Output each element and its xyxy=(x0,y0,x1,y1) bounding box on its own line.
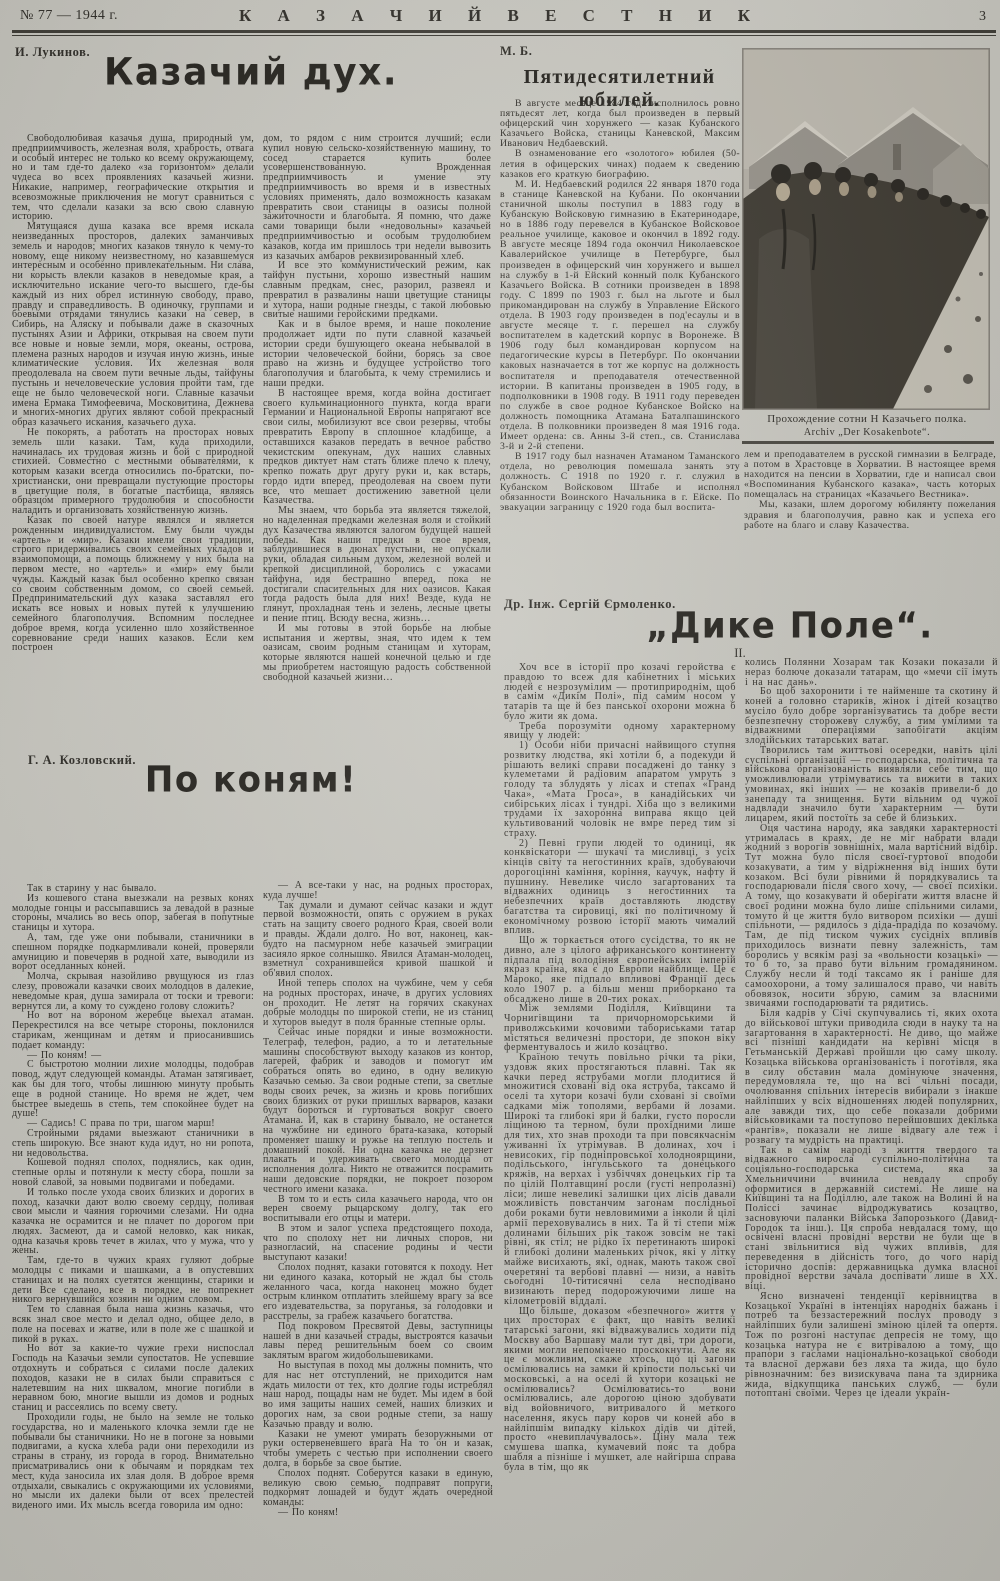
article-po-konyam-column-1: Так в старину у нас бывало.Из кошевого с… xyxy=(12,884,254,1578)
paragraph: В 1917 году был назначен Атаманом Таманс… xyxy=(500,452,740,513)
paragraph: В ознаменование его «золотого» юбилея (5… xyxy=(500,149,740,179)
paragraph: Хоч все в історії про козачі геройства є… xyxy=(504,663,736,722)
article-po-konyam-column-2: — А все-таки у нас, на родных просторах,… xyxy=(263,881,493,1579)
paragraph: Що ж торкається отого сусідства, то як н… xyxy=(504,936,736,1004)
paragraph: Мы знаем, что борьба эта является тяжело… xyxy=(263,506,491,624)
paragraph: Треба порозуміти одному характерному яви… xyxy=(504,722,736,742)
paragraph: Сполох поднят, казаки готовятся к походу… xyxy=(263,1263,493,1322)
article-po-konyam-headline: По коням! xyxy=(12,759,490,801)
paragraph: Тем то славная была наша жизнь казачья, … xyxy=(12,1305,254,1344)
article-dike-pole-column-2: колись Полянни Хозарам так Козаки показа… xyxy=(745,658,998,1576)
paragraph: 1) Особи ніби причасні найвищого ступня … xyxy=(504,741,736,839)
paragraph: Творились там життьові осередки, навіть … xyxy=(745,746,998,824)
paragraph: — По коням! xyxy=(263,1508,493,1518)
paragraph: Свободолюбивая казачья душа, природный у… xyxy=(12,134,254,222)
paragraph: 2) Певні групи людей то одиниці, як конк… xyxy=(504,839,736,937)
paragraph: Стройными рядами выезжают станичники в с… xyxy=(12,1129,254,1158)
photo-divider-rule xyxy=(742,441,994,444)
paragraph: Молча, скрывая назойливо рвущуюся из гла… xyxy=(12,972,254,1011)
paragraph: Но вот за какие-то чужие грехи ниспослал… xyxy=(12,1344,254,1413)
paragraph: Как и в былое время, и наше поколение пр… xyxy=(263,320,491,389)
paragraph: Ясно визначені тенденції керівництва в К… xyxy=(745,1292,998,1399)
masthead-newspaper-title: К А З А Ч И Й В Е С Т Н И К xyxy=(0,6,1000,26)
masthead-page-number: 3 xyxy=(979,9,986,25)
paragraph: Так думали и думают сейчас казаки и ждут… xyxy=(263,901,493,979)
paragraph: Из кошевого стана выезжали на резвых кон… xyxy=(12,894,254,933)
paragraph: Иной теперь сполох на чужбине, чем у себ… xyxy=(263,979,493,1028)
paragraph: Сейчас иные порядки и иные возможности. … xyxy=(263,1028,493,1195)
paragraph: Мы, казаки, шлем дорогому юбилянту пожел… xyxy=(744,500,996,530)
paragraph: Біля кадрів у Січі скупчувались ті, яких… xyxy=(745,1009,998,1146)
paragraph: Но вот на вороном жеребце выехал атаман.… xyxy=(12,1011,254,1050)
photo-cossack-column-march xyxy=(742,48,990,410)
article-kazachiy-dukh-column-1: Свободолюбивая казачья душа, природный у… xyxy=(12,134,254,746)
paragraph: Под покровом Пресвятой Девы, заступницы … xyxy=(263,1322,493,1361)
paragraph: — А все-таки у нас, на родных просторах,… xyxy=(263,881,493,901)
article-yubiley-column: В августе месяце 1944 года исполнилось р… xyxy=(500,99,740,589)
article-yubiley-byline: М. Б. xyxy=(500,44,532,59)
paragraph: Між землями Поділля, Київщини та Чорнигі… xyxy=(504,1004,736,1053)
paragraph: Там, где-то в чужих краях гуляют добрые … xyxy=(12,1256,254,1305)
paragraph: Оця частина народу, яка завдяки характер… xyxy=(745,824,998,1009)
paragraph: Проходили годы, не было на земле не толь… xyxy=(12,1413,254,1511)
paragraph: Що більше, доказом «безпечного» життя у … xyxy=(504,1307,736,1473)
paragraph: Сполох поднят. Соберутся казаки в единую… xyxy=(263,1469,493,1508)
paragraph: дом, то рядом с ним строится лучший; есл… xyxy=(263,134,491,261)
paragraph: В августе месяце 1944 года исполнилось р… xyxy=(500,99,740,149)
article-kazachiy-dukh-column-2: дом, то рядом с ним строится лучший; есл… xyxy=(263,134,491,750)
paragraph: В настоящее время, когда война достигает… xyxy=(263,389,491,507)
paragraph: Мятущаяся душа казака все время искала н… xyxy=(12,222,254,428)
photo-credit: Archiv „Der Kosakenbote“. xyxy=(742,427,992,438)
paragraph: Так в самім народі з життя твердого та в… xyxy=(745,1146,998,1292)
paragraph: И только после ухода своих близких и дор… xyxy=(12,1188,254,1257)
paragraph: лем и преподавателем в русской гимназии … xyxy=(744,450,996,500)
paragraph: Кошевой поднял сполох, поднялись, как од… xyxy=(12,1158,254,1187)
paragraph: В том то и есть сила казачьего народа, ч… xyxy=(263,1195,493,1224)
paragraph: С быстротою молнии лихие молодцы, подобр… xyxy=(12,1060,254,1119)
paragraph: А, там, где уже они побывали, станичники… xyxy=(12,933,254,972)
article-dike-pole-column-1: Хоч все в історії про козачі геройства є… xyxy=(504,663,736,1576)
paragraph: Но выступая в поход мы должны помнить, ч… xyxy=(263,1361,493,1430)
paragraph: Бо щоб захоронити і те найменше та скоти… xyxy=(745,687,998,746)
paragraph: В этом и залог успеха предстоящего поход… xyxy=(263,1224,493,1263)
paragraph: Не покорять, а работать на просторах нов… xyxy=(12,428,254,516)
article-yubiley-continuation-column: лем и преподавателем в русской гимназии … xyxy=(744,450,996,590)
photo-caption: Прохождение сотни Н Казачьего полка. xyxy=(742,413,992,425)
paragraph: И мы готовы в этой борьбе на любые испыт… xyxy=(263,624,491,683)
masthead-rule xyxy=(12,30,996,36)
paragraph: колись Полянни Хозарам так Козаки показа… xyxy=(745,658,998,687)
paragraph: Казаки не умеют умирать безоружными от р… xyxy=(263,1430,493,1469)
paragraph: Країною течуть повільно річки та ріки, у… xyxy=(504,1053,736,1307)
paragraph: М. И. Недбаевский родился 22 января 1870… xyxy=(500,180,740,453)
article-dike-pole-headline: „Дике Поле“. xyxy=(620,605,960,647)
article-kazachiy-dukh-headline: Казачий дух. xyxy=(12,51,490,94)
paragraph: Казак по своей натуре являлся и является… xyxy=(12,516,254,653)
newspaper-page: № 77 — 1944 г. К А З А Ч И Й В Е С Т Н И… xyxy=(0,0,1000,1581)
paragraph: И все это коммунистический режим, как та… xyxy=(263,261,491,320)
